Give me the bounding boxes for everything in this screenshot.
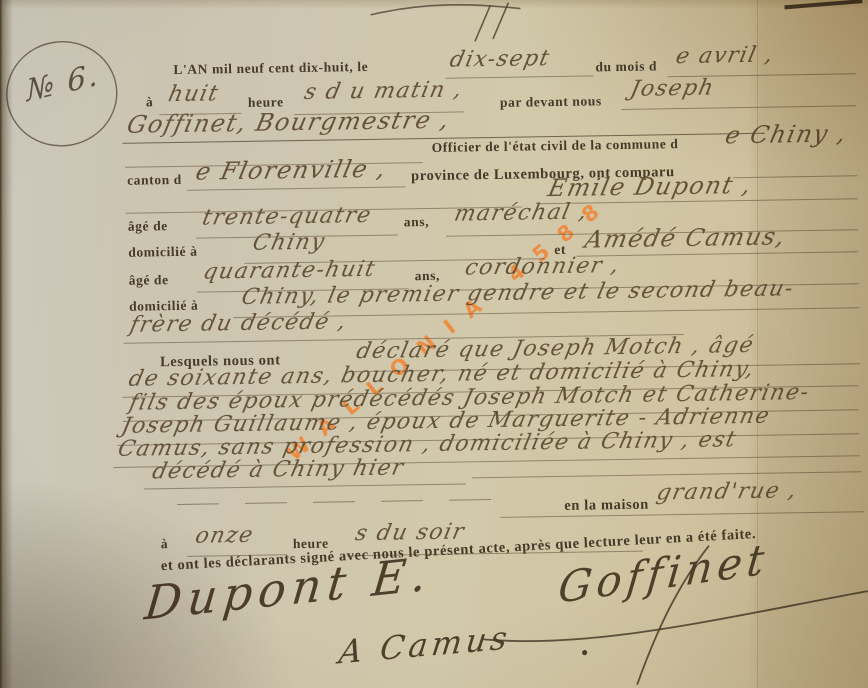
ink-dot <box>582 650 587 655</box>
record-number-circle <box>1 36 123 152</box>
ink-flourishes <box>0 0 868 688</box>
scanned-death-record-page: № 6. WALLONIA 4588 L'AN mil neuf cent di… <box>0 0 868 688</box>
goffinet-diagonal-stroke <box>635 546 711 685</box>
top-right-edge-line <box>784 1 862 7</box>
top-flourish-line <box>370 4 520 15</box>
record-content: № 6. WALLONIA 4588 L'AN mil neuf cent di… <box>0 0 868 688</box>
double-slash-mark <box>474 3 509 42</box>
page-fold-line <box>757 0 758 688</box>
